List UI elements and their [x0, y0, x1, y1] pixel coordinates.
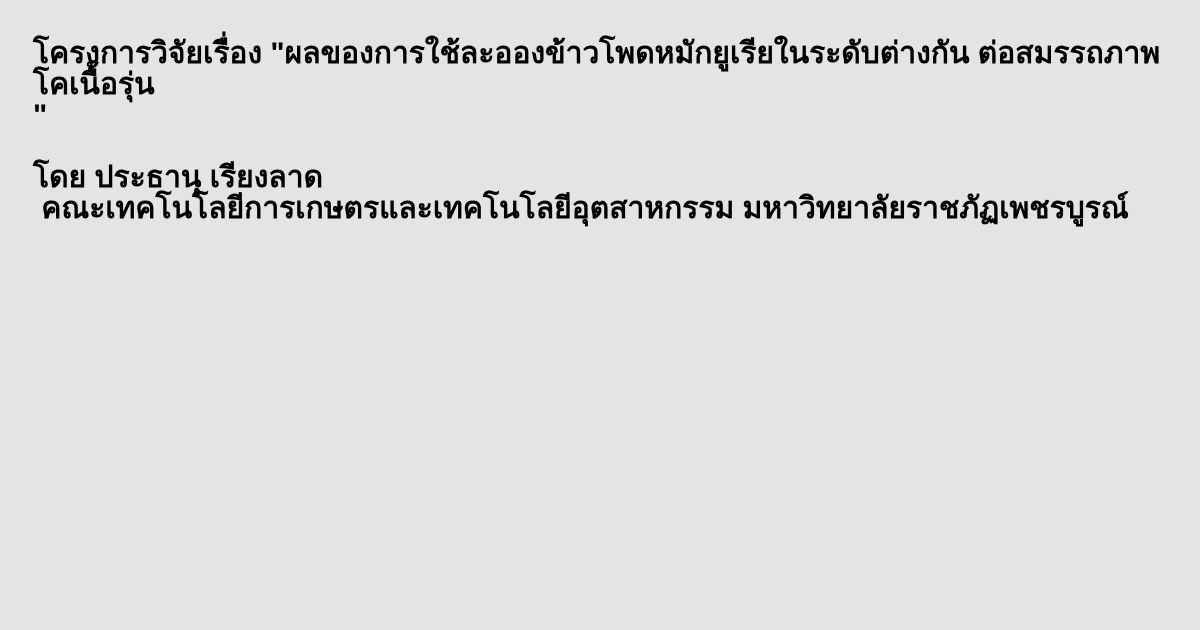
og-share-card: โครงการวิจัยเรื่อง "ผลของการใช้ละอองข้าว…	[0, 0, 1200, 630]
research-project-title: โครงการวิจัยเรื่อง "ผลของการใช้ละอองข้าว…	[33, 38, 1172, 131]
faculty-university-affiliation: คณะเทคโนโลยีการเกษตรและเทคโนโลยีอุตสาหกร…	[33, 193, 1172, 224]
text-block: โครงการวิจัยเรื่อง "ผลของการใช้ละอองข้าว…	[33, 38, 1172, 224]
author-byline: โดย ประธานุ เรียงลาด	[33, 162, 1172, 193]
